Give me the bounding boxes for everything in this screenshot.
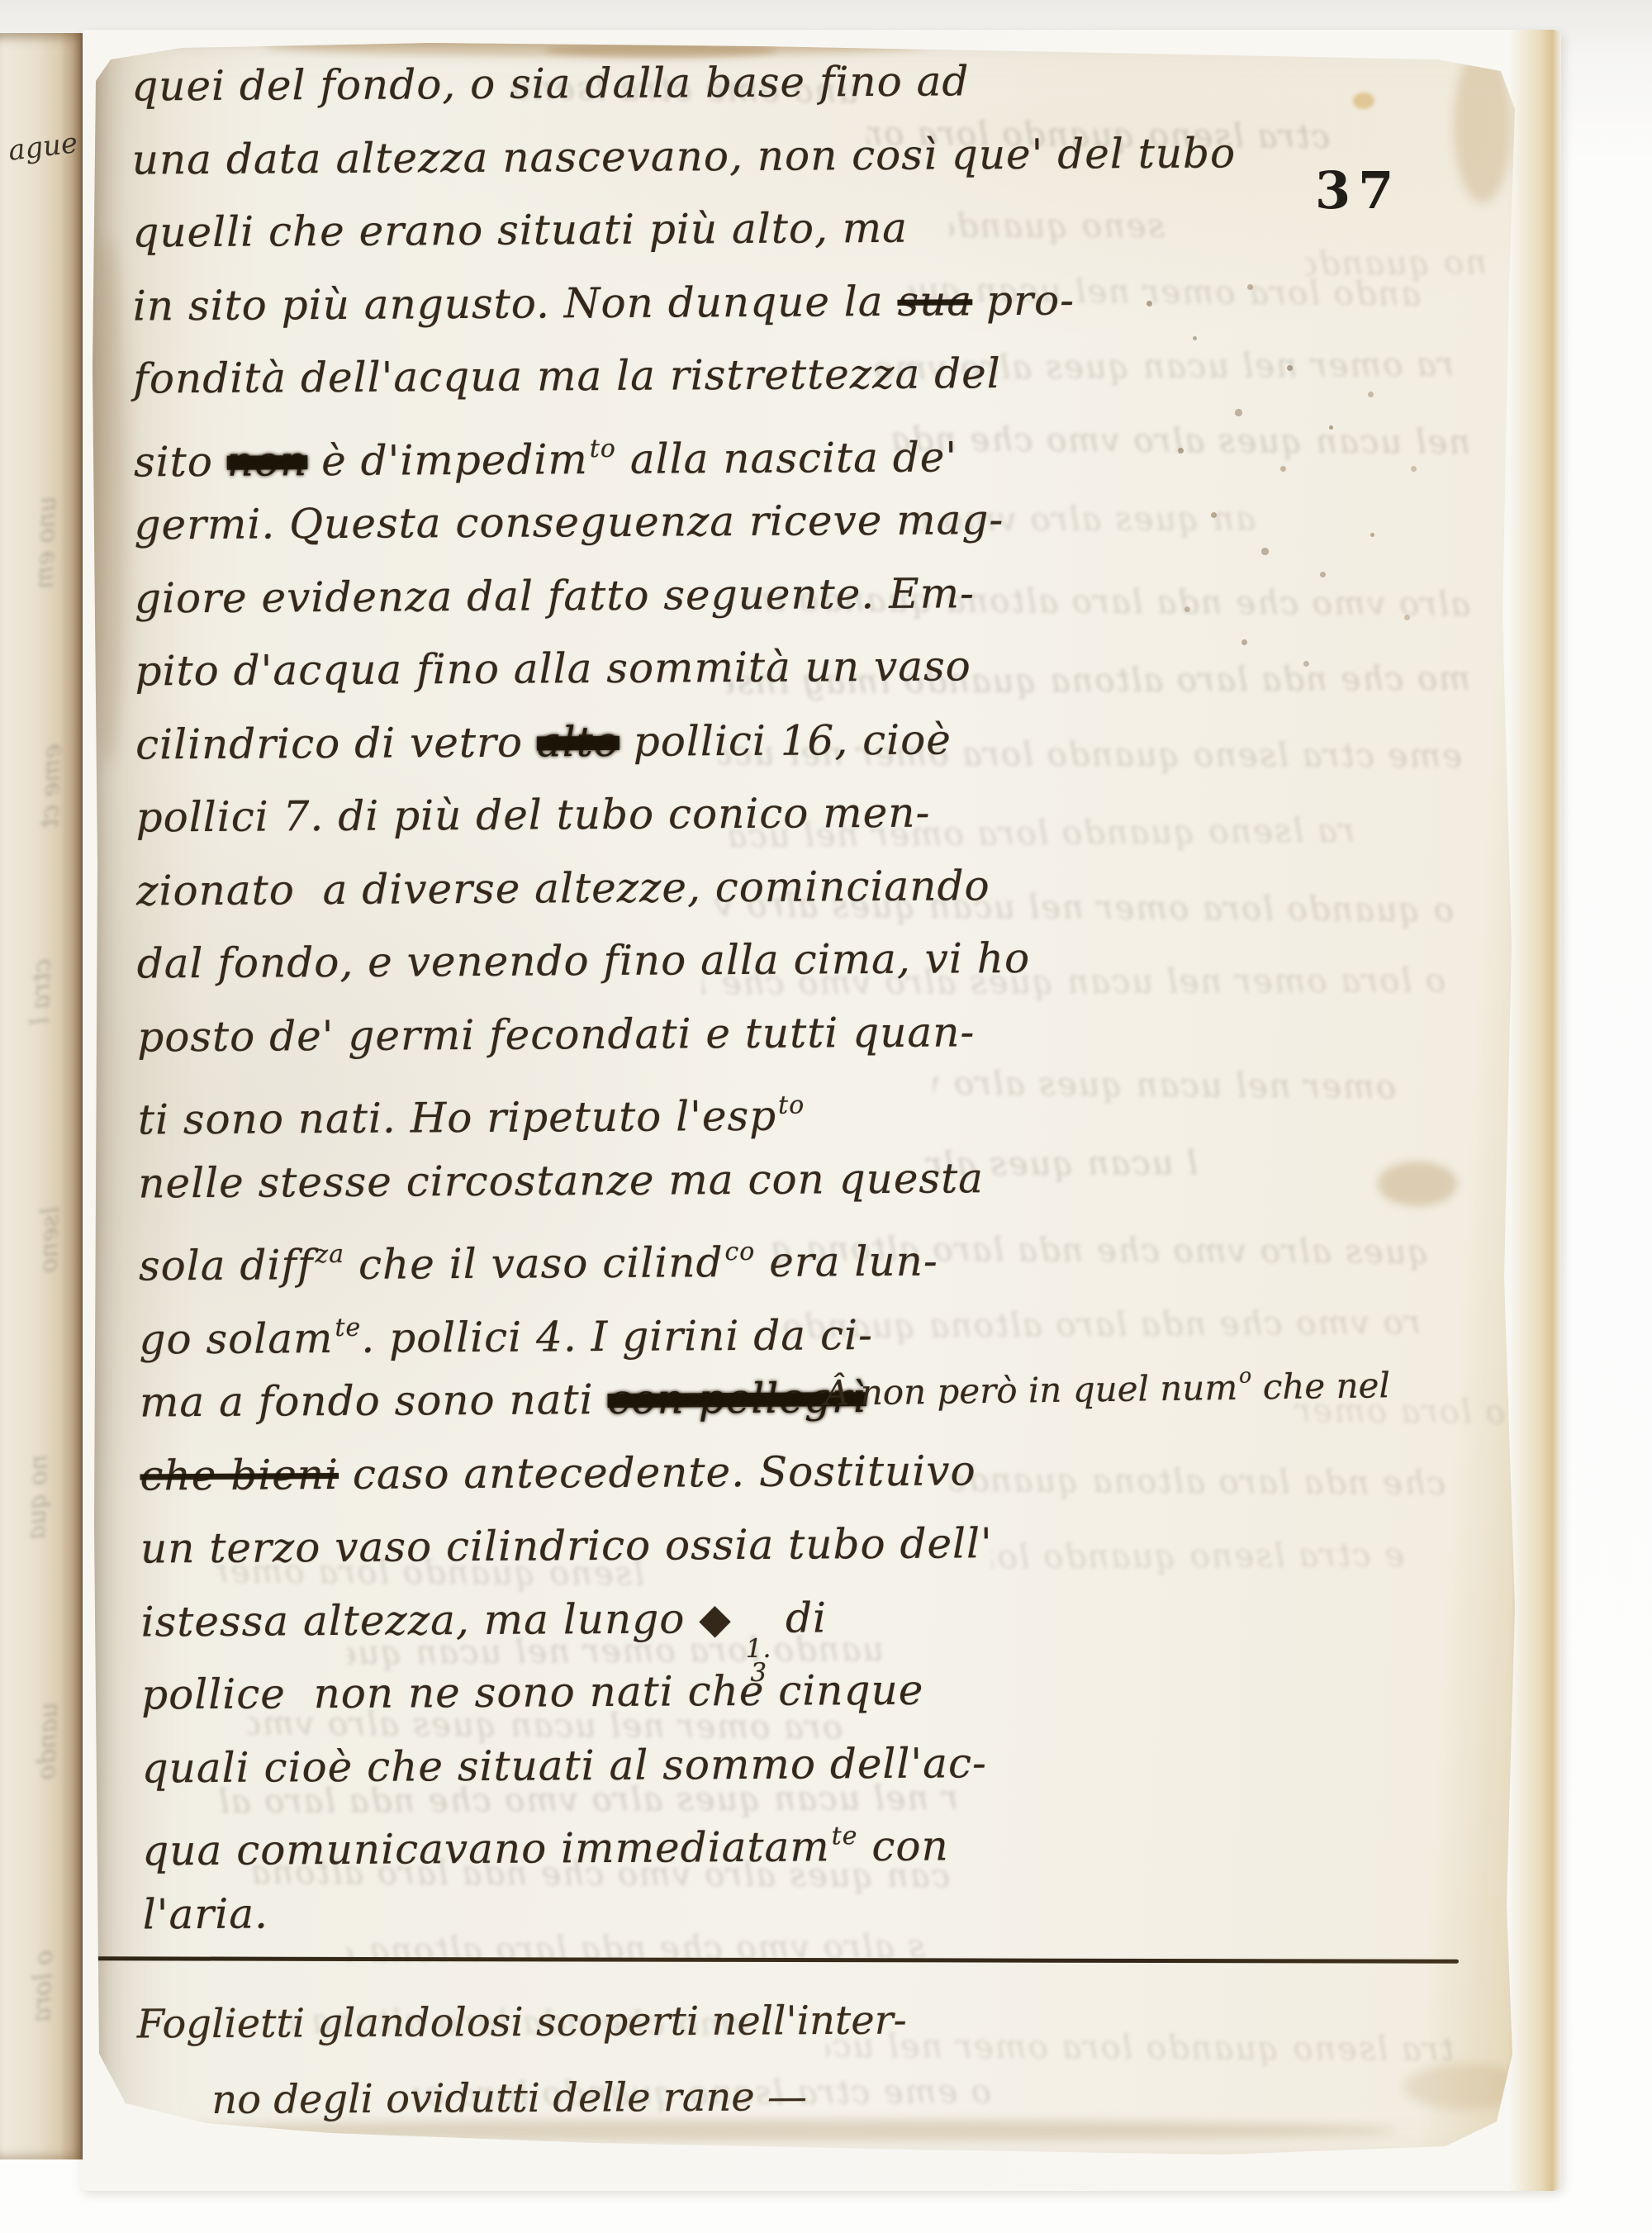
manuscript-line: posto de' germi fecondati e tutti quan- (137, 993, 1344, 1073)
handwritten-text: caso antecedente. Sostituivo (339, 1447, 976, 1499)
footnote-line: no degli ovidutti delle rane — (137, 2059, 908, 2139)
facing-page-edge: ague uno ememe ctctra l lsenono quauando… (0, 33, 83, 2159)
manuscript-line: cilindrico di vetro alto pollici 16, cio… (135, 701, 1342, 781)
manuscript-line: sola diffza che il vaso cilindco era lun… (139, 1213, 1346, 1293)
handwritten-text: to (590, 434, 616, 463)
handwritten-text: te (832, 1822, 858, 1851)
handwritten-text: alla nascita de' (616, 433, 958, 483)
handwritten-text: pollici 7. di più del tubo conico men- (135, 789, 930, 842)
ink-showthrough-line: ctra l (26, 958, 57, 1025)
manuscript-line: zionato a diverse altezze, cominciando (136, 847, 1343, 927)
handwritten-text: era lun- (755, 1238, 938, 1286)
manuscript-line: pollice non ne sono nati che cinque (141, 1651, 1348, 1732)
manuscript-line: dal fondo, e venendo fino alla cima, vi … (136, 920, 1343, 1000)
manuscript-line: quei del fondo, o sia dalla base fino ad (131, 43, 1338, 123)
interlinear-insertion: Â non però in quel numo che nel (824, 1361, 1391, 1413)
handwritten-text: Foglietti glandolosi scoperti nell'inter… (137, 1998, 907, 2048)
manuscript-line: ti sono nati. Ho ripetuto l'espto (138, 1067, 1345, 1147)
handwritten-text: quali cioè che situati al sommo dell'ac- (142, 1739, 988, 1792)
handwritten-text: l'aria. (143, 1889, 269, 1938)
handwritten-text: Â non però in quel num (824, 1367, 1238, 1413)
handwritten-text: pro- (972, 276, 1075, 325)
handwritten-text: te (335, 1313, 361, 1342)
footnote-line: Foglietti glandolosi scoperti nell'inter… (137, 1983, 908, 2063)
ink-showthrough-line: tra lseno quando lora omer nel ucan ques… (826, 2027, 1454, 2075)
handwritten-text: posto de' germi fecondati e tutti quan- (137, 1008, 975, 1061)
manuscript-text-block: quei del fondo, o sia dalla base fino ad… (131, 43, 1349, 1951)
facing-page-fragment: ague (7, 126, 79, 168)
handwritten-text: in sito più angusto. Non dunque la (133, 277, 898, 330)
handwritten-text: giore evidenza dal fatto seguente. Em- (135, 569, 975, 622)
handwritten-text: . pollici 4. I girini da ci- (361, 1311, 873, 1362)
handwritten-text: con (857, 1822, 949, 1870)
handwritten-text: quei del fondo, o sia dalla base fino ad (131, 57, 970, 110)
manuscript-line: go solamte. pollici 4. I girini da ci- (139, 1285, 1346, 1366)
handwritten-text: pito d'acqua fino alla sommità un vaso (135, 642, 971, 695)
handwritten-text: che nel (1251, 1365, 1390, 1407)
handwritten-text: go solam (139, 1314, 333, 1363)
ink-showthrough-line: no qua (21, 1454, 54, 1541)
manuscript-line: istessa altezza, ma lungo ◆ 1.3 di (140, 1578, 1347, 1658)
manuscript-line: giore evidenza dal fatto seguente. Em- (135, 554, 1341, 634)
handwritten-text: to (778, 1091, 805, 1120)
manuscript-page: uno eme ctra lseno quand ctra lseno quan… (83, 38, 1524, 2166)
handwritten-text: qua comunicavano immediatam (142, 1822, 830, 1874)
handwritten-text: quelli che erano situati più alto, ma (132, 204, 908, 257)
ink-showthrough-line: uando (32, 1702, 64, 1780)
handwritten-text: istessa altezza, ma lungo ◆ (140, 1594, 745, 1645)
handwritten-text: una data altezza nascevano, non così que… (132, 129, 1237, 183)
handwritten-text: pollice non ne sono nati che cinque (141, 1666, 924, 1719)
manuscript-line: pollici 7. di più del tubo conico men- (135, 774, 1342, 854)
ink-showthrough-line: eme ct (35, 744, 67, 829)
handwritten-text: cilindrico di vetro (135, 718, 537, 768)
stain (1353, 93, 1374, 109)
handwritten-text: è d'impedim (307, 435, 588, 485)
struck-out-text: sua (897, 277, 972, 325)
handwritten-text: za (315, 1240, 344, 1269)
handwritten-text: sito (134, 437, 227, 486)
manuscript-line: pito d'acqua fino alla sommità un vaso (135, 628, 1341, 708)
handwritten-text: ti sono nati. Ho ripetuto l'esp (138, 1092, 777, 1144)
handwritten-text: dal fondo, e venendo fino alla cima, vi … (137, 934, 1031, 988)
handwritten-text: ma a fondo sono nati (140, 1375, 608, 1426)
handwritten-text: no degli ovidutti delle rane — (211, 2074, 807, 2123)
manuscript-line: un terzo vaso cilindrico ossia tubo dell… (140, 1505, 1347, 1585)
manuscript-line: in sito più angusto. Non dunque la sua p… (133, 262, 1340, 342)
handwritten-text: sola diff (139, 1241, 314, 1290)
handwritten-text: nelle stesse circostanze ma con questa (138, 1154, 984, 1207)
manuscript-line: quali cioè che situati al sommo dell'ac- (141, 1724, 1348, 1804)
handwritten-text: co (724, 1238, 755, 1266)
manuscript-line: germi. Questa conseguenza riceve mag- (134, 482, 1341, 562)
manuscript-line: che bieni caso antecedente. Sostituivo (140, 1432, 1346, 1512)
handwritten-text: germi. Questa conseguenza riceve mag- (134, 496, 1004, 549)
stain (1378, 1162, 1457, 1206)
handwritten-text: che il vaso cilind (344, 1238, 724, 1289)
manuscript-line: l'aria. (143, 1870, 1350, 1950)
manuscript-line: una data altezza nascevano, non così que… (132, 116, 1339, 196)
handwritten-text: zionato a diverse altezze, cominciando (136, 862, 990, 915)
struck-out-text: alto (537, 717, 619, 766)
footnote-block: Foglietti glandolosi scoperti nell'inter… (137, 1983, 908, 2139)
manuscript-line: sito non è d'impedimto alla nascita de' (134, 408, 1341, 488)
handwritten-text: pollici 16, cioè (619, 715, 952, 765)
ink-showthrough-line: lseno (34, 1206, 65, 1273)
handwritten-text: un terzo vaso cilindrico ossia tubo dell… (140, 1519, 993, 1572)
struck-out-text: che bieni (140, 1450, 339, 1499)
manuscript-line: qua comunicavano immediatamte con (142, 1798, 1349, 1878)
ink-showthrough-line: o lora (27, 1950, 59, 2023)
struck-out-text: non (227, 437, 308, 486)
handwritten-text: fondità dell'acqua ma la ristrettezza de… (133, 349, 1001, 402)
manuscript-line: nelle stesse circostanze ma con questa (138, 1139, 1345, 1219)
scanned-manuscript-photo: uno eme ctra lseno quand ctra lseno quan… (0, 0, 1652, 2233)
handwritten-text: o (1239, 1364, 1252, 1388)
manuscript-line: fondità dell'acqua ma la ristrettezza de… (133, 335, 1340, 416)
manuscript-line: quelli che erano situati più alto, ma (132, 189, 1339, 269)
ink-showthrough-line: uno em (30, 496, 62, 590)
handwritten-text: di (771, 1594, 827, 1641)
